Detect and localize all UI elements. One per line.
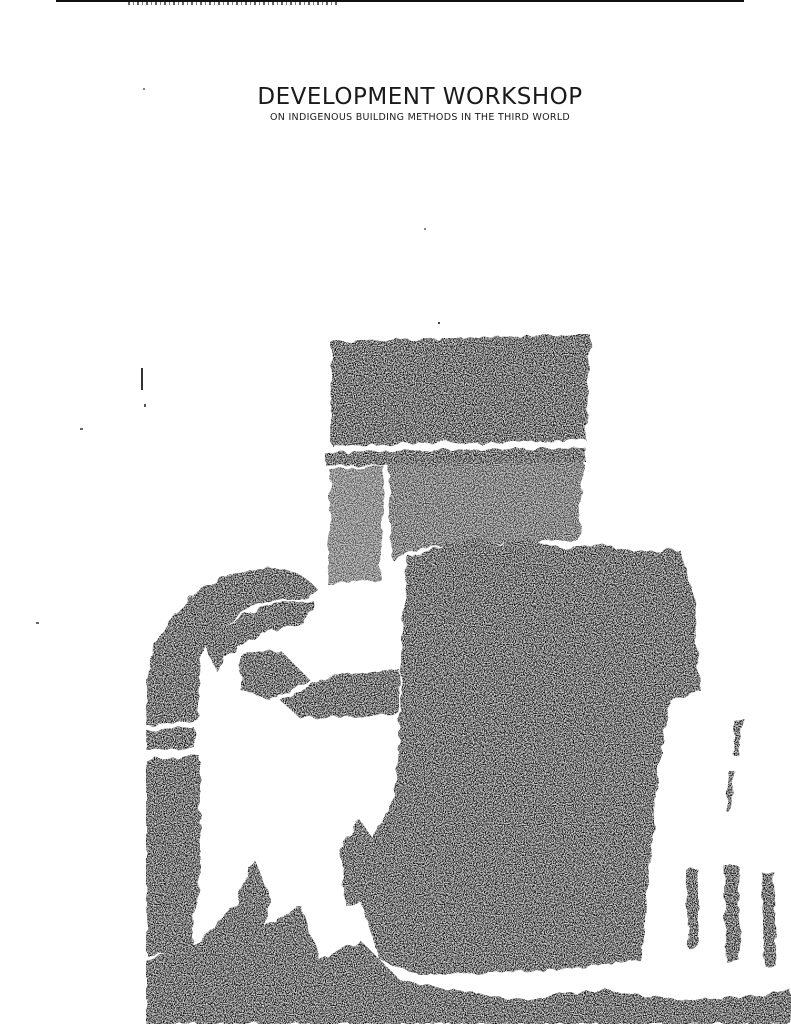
cover-photograph (0, 0, 791, 1024)
